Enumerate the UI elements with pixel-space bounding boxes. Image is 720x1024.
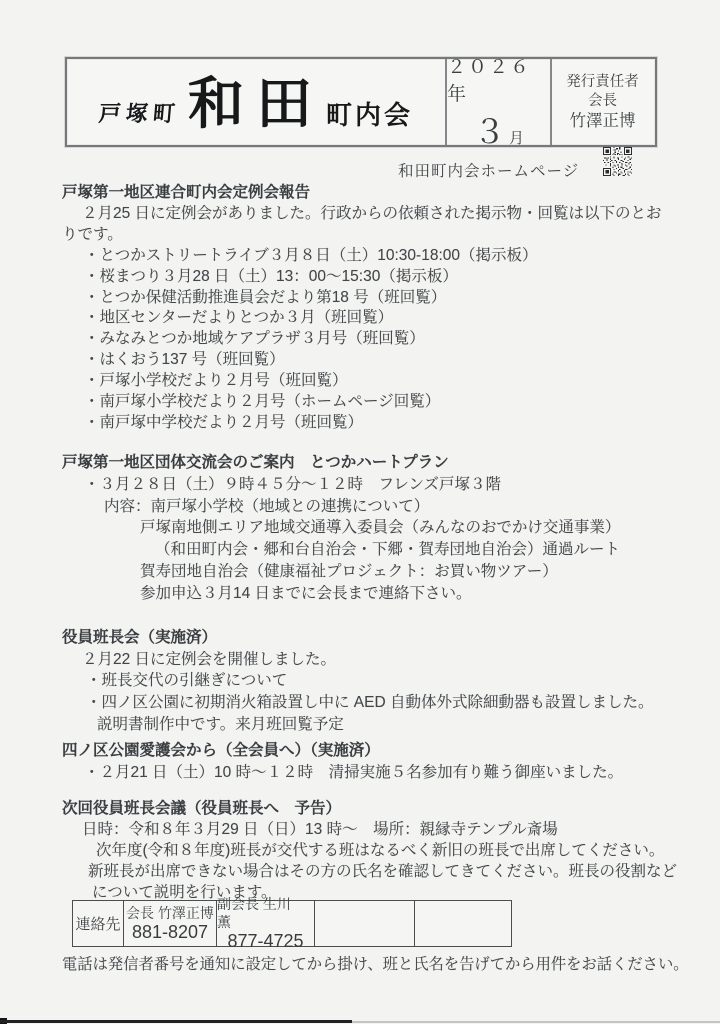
- section-heading: 戸塚第一地区連合町内会定例会報告: [0, 183, 720, 204]
- section-exchange-meeting-guide: 戸塚第一地区団体交流会のご案内 とつかハートプラン ・３月２８日（土）９時４５分…: [0, 452, 720, 605]
- section-district-meeting-report: 戸塚第一地区連合町内会定例会報告 ２月25 日に定例会がありました。行政からの依…: [0, 183, 720, 434]
- issue-month-unit: 月: [509, 127, 524, 148]
- issue-year: ２０２６年: [447, 52, 550, 106]
- publisher-title: 会長: [588, 92, 617, 111]
- issue-month-number: ３: [473, 106, 506, 153]
- list-item: ・南戸塚小学校だより２月号（ホームページ回覧）: [0, 392, 720, 413]
- issue-month: ３ 月: [473, 106, 524, 153]
- contact-empty-cell: [414, 901, 511, 946]
- list-item: ・はくおう137 号（班回覧）: [0, 350, 720, 371]
- text-line: 日時：令和８年３月29 日（日）13 時～ 場所：親縁寺テンプル斎場: [0, 819, 720, 840]
- section-park-association: 四ノ区公園愛護会から（全会員へ）（実施済） ・２月21 日（土）10 時～１２時…: [0, 740, 720, 784]
- section-officer-meeting: 役員班長会（実施済） ２月22 日に定例会を開催しました。 ・班長交代の引継ぎに…: [0, 627, 720, 736]
- contact-phone: 877-4725: [227, 931, 303, 952]
- section-heading: 四ノ区公園愛護会から（全会員へ）（実施済）: [0, 740, 720, 762]
- list-item: ・とつかストリートライブ３月８日（土）10:30-18:00（掲示板）: [0, 246, 720, 267]
- contact-role: 副会長 生川 薫: [217, 895, 314, 931]
- contact-table: 連絡先 会長 竹澤正博 881-8207 副会長 生川 薫 877-4725: [72, 900, 512, 947]
- phone-etiquette-note: 電話は発信者番号を通知に設定してから掛け、班と氏名を告げてから用件をお話ください…: [62, 952, 689, 974]
- list-item: ・四ノ区公園に初期消火箱設置し中に AED 自動体外式除細動器も設置しました。: [0, 692, 720, 714]
- list-item: ・２月21 日（土）10 時～１２時 清掃実施５名参加有り難う御座いました。: [0, 762, 720, 784]
- contact-role: 会長 竹澤正博: [126, 904, 214, 922]
- newsletter-title: 戸塚町 和田 町内会: [67, 59, 445, 145]
- scan-edge: [0, 1020, 352, 1023]
- list-item: ・３月２８日（土）９時４５分～１２時 フレンズ戸塚３階: [0, 474, 720, 496]
- text-line: ２月25 日に定例会がありました。行政からの依頼された掲示物・回覧は以下のとお: [0, 204, 720, 225]
- contact-phone: 881-8207: [132, 922, 208, 943]
- text-line: （和田町内会・郷和台自治会・下郷・賀寿団地自治会）通過ルート: [0, 539, 720, 561]
- text-line: 新班長が出席できない場合はその方の氏名を確認してきてください。班長の役割など: [0, 861, 720, 882]
- publisher-cell: 発行責任者 会長 竹澤正博: [550, 59, 653, 145]
- text-line: 賀寿団地自治会（健康福祉プロジェクト：お買い物ツアー）: [0, 561, 720, 583]
- scanned-newsletter-page: 戸塚町 和田 町内会 ２０２６年 ３ 月 発行責任者 会長 竹澤正博 和田町内会…: [0, 0, 720, 1024]
- text-line: 次年度(令和８年度)班長が交代する班はなるべく新旧の班長で出席してください。: [0, 840, 720, 861]
- title-main: 和田: [188, 60, 324, 140]
- scan-edge: [352, 1021, 720, 1023]
- list-item: ・南戸塚中学校だより２月号（班回覧）: [0, 413, 720, 434]
- section-heading: 次回役員班長会議（役員班長へ 予告）: [0, 798, 720, 819]
- homepage-label: 和田町内会ホームページ: [398, 159, 579, 181]
- contact-chairman-cell: 会長 竹澤正博 881-8207: [123, 901, 216, 946]
- list-item: ・戸塚小学校だより２月号（班回覧）: [0, 371, 720, 392]
- text-line: りです。: [0, 225, 720, 246]
- title-prefix: 戸塚町: [98, 97, 182, 128]
- list-item: ・みなみとつか地域ケアプラザ３月号（班回覧）: [0, 329, 720, 350]
- text-line: 内容：南戸塚小学校（地域との連携について）: [0, 496, 720, 518]
- issue-date-cell: ２０２６年 ３ 月: [445, 59, 550, 145]
- text-line: ２月22 日に定例会を開催しました。: [0, 649, 720, 671]
- publisher-name: 竹澤正博: [570, 111, 636, 132]
- title-suffix: 町内会: [326, 95, 413, 132]
- publisher-role: 発行責任者: [566, 73, 639, 92]
- list-item: ・とつか保健活動推進員会だより第18 号（班回覧）: [0, 288, 720, 309]
- text-line: 参加申込３月14 日までに会長まで連絡下さい。: [0, 583, 720, 605]
- contact-label: 連絡先: [73, 901, 123, 946]
- qr-code-icon: [603, 147, 632, 176]
- list-item: ・班長交代の引継ぎについて: [0, 670, 720, 692]
- section-heading: 役員班長会（実施済）: [0, 627, 720, 649]
- list-item: ・地区センターだよりとつか３月（班回覧）: [0, 308, 720, 329]
- text-line: 戸塚南地側エリア地域交通導入委員会（みんなのおでかけ交通事業）: [0, 517, 720, 539]
- section-heading: 戸塚第一地区団体交流会のご案内 とつかハートプラン: [0, 452, 720, 474]
- section-next-meeting-notice: 次回役員班長会議（役員班長へ 予告） 日時：令和８年３月29 日（日）13 時～…: [0, 798, 720, 903]
- list-item: ・桜まつり３月28 日（土）13：00～15:30（掲示板）: [0, 267, 720, 288]
- contact-empty-cell: [314, 901, 414, 946]
- text-line: 説明書制作中です。来月班回覧予定: [0, 714, 720, 736]
- masthead-box: 戸塚町 和田 町内会 ２０２６年 ３ 月 発行責任者 会長 竹澤正博: [65, 57, 657, 147]
- contact-vice-chairman-cell: 副会長 生川 薫 877-4725: [216, 901, 314, 946]
